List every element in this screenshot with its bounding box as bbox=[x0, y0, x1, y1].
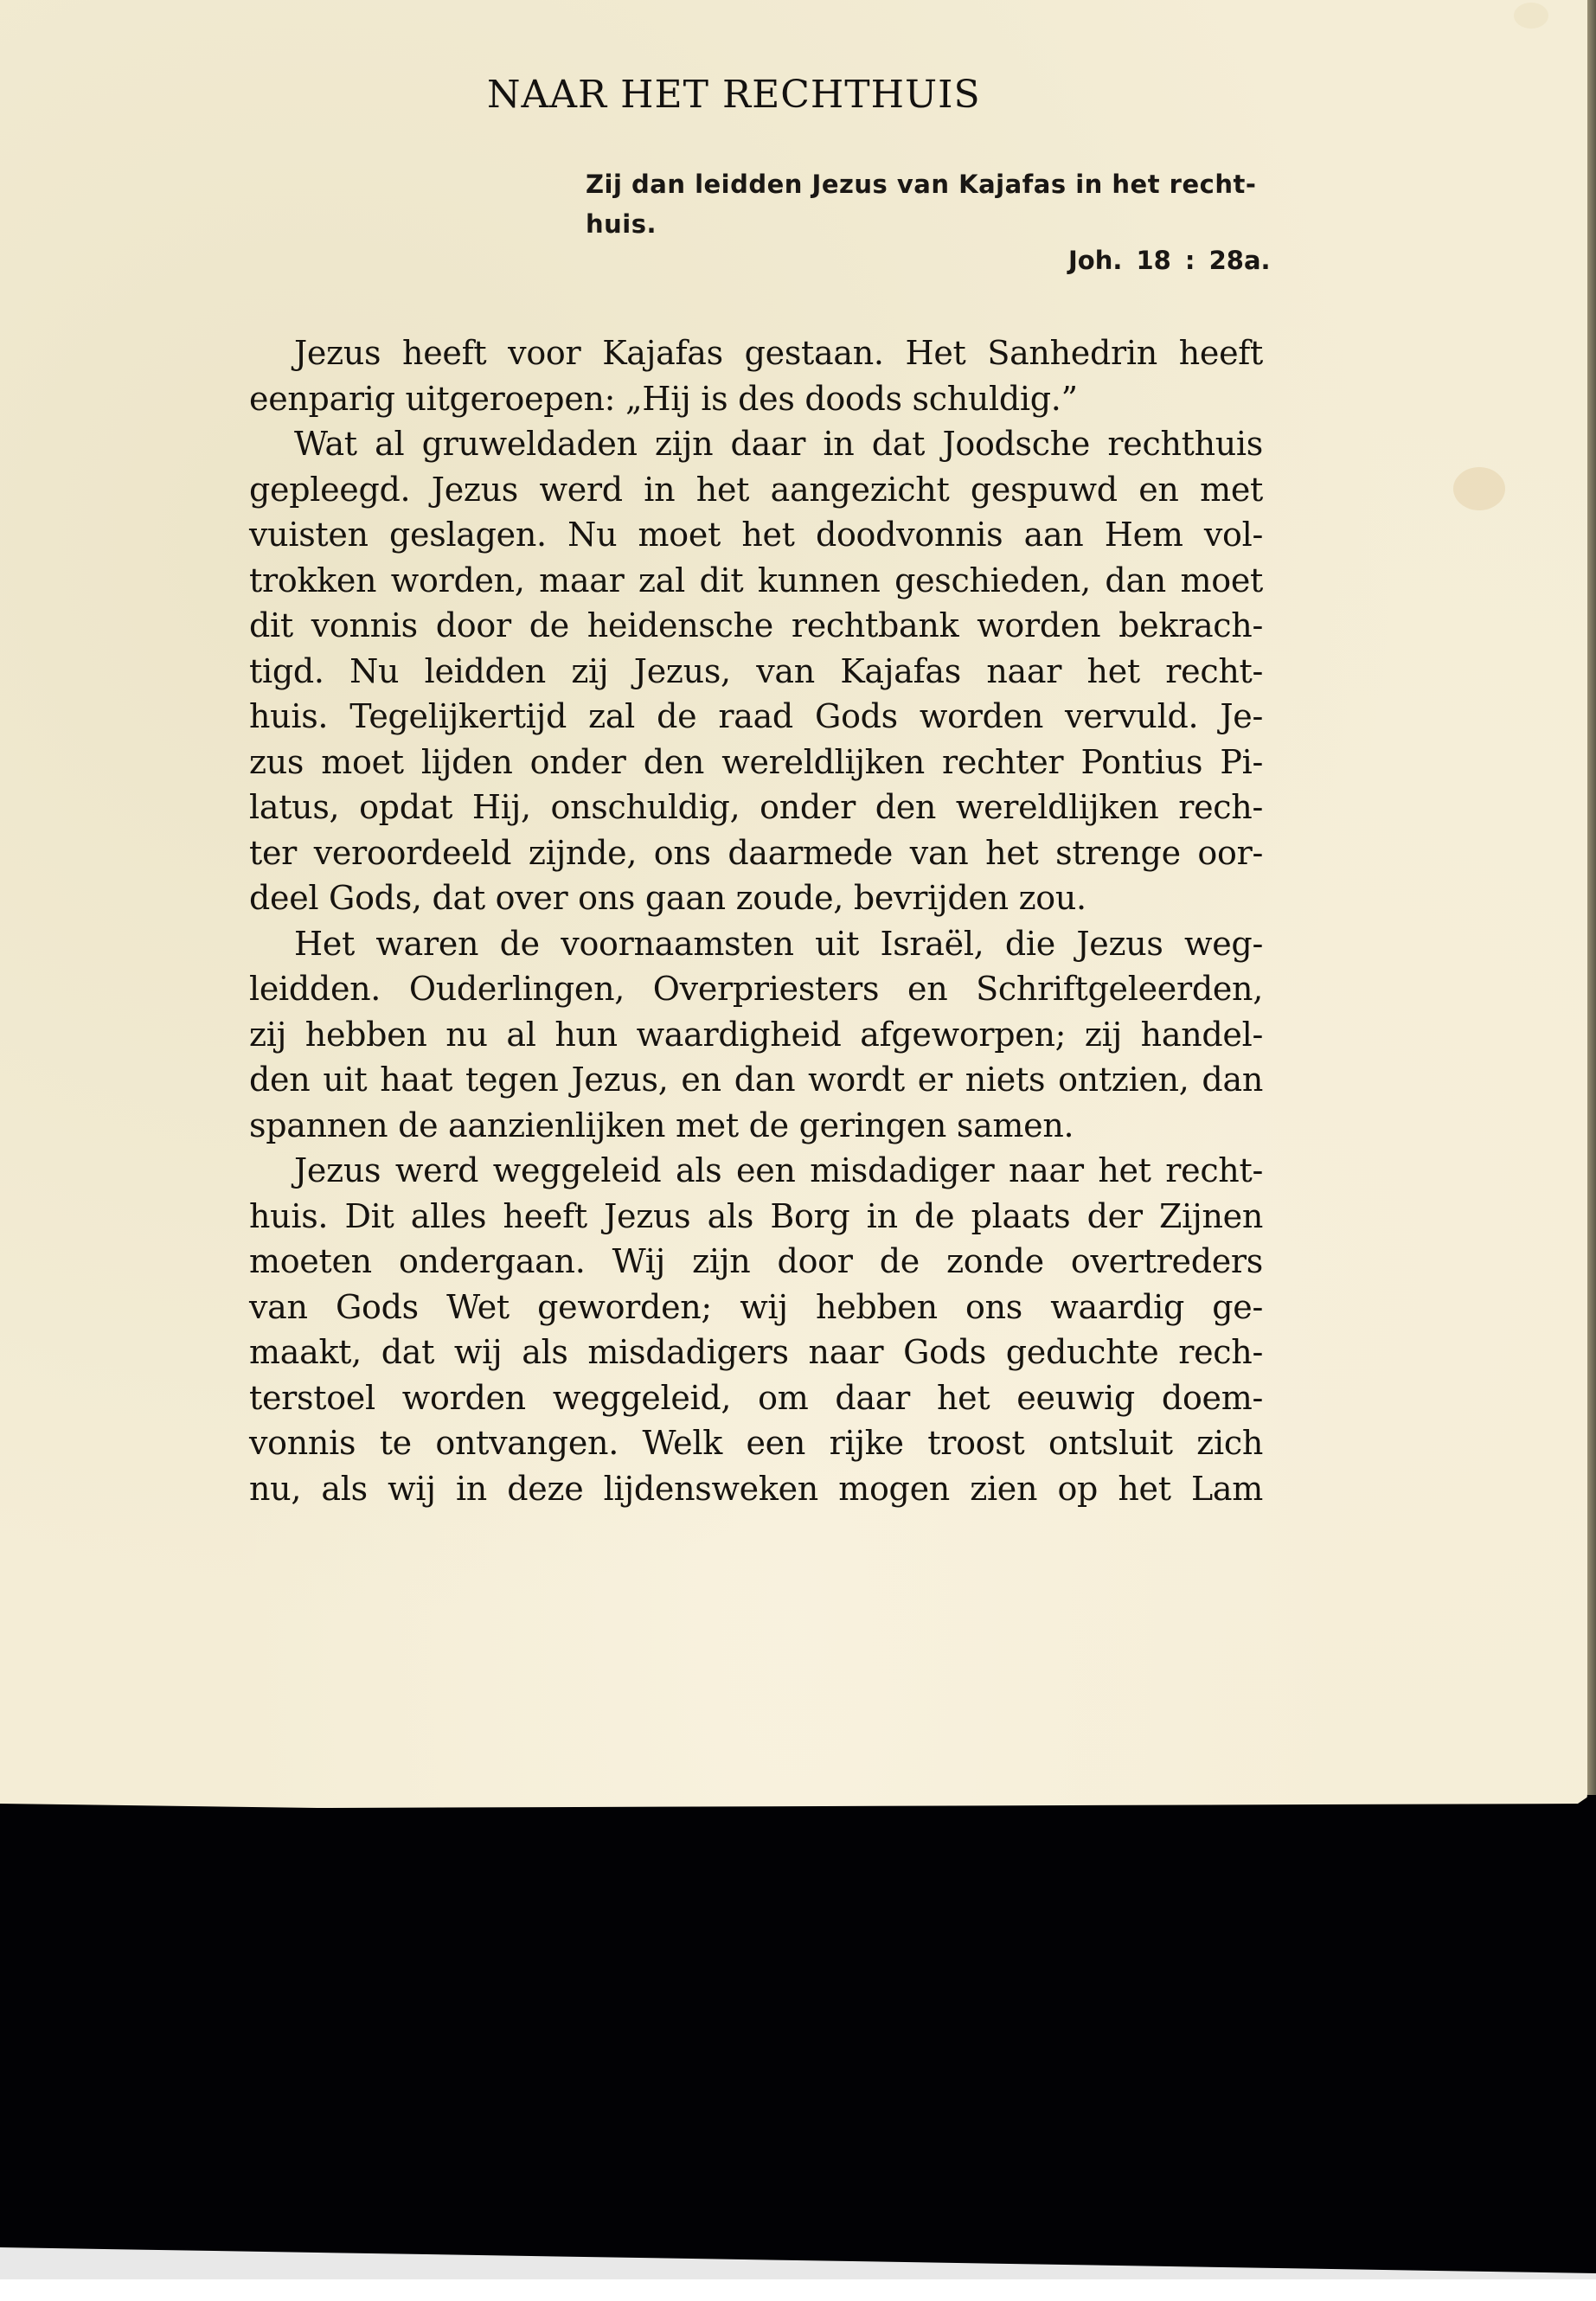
text-line: nu, als wij in deze lijdensweken mogen z… bbox=[249, 1466, 1263, 1512]
text-line: Het waren de voornaamsten uit Israël, di… bbox=[249, 921, 1263, 967]
text-line: ter veroordeeld zijnde, ons daarmede van… bbox=[249, 830, 1263, 876]
paper-stain bbox=[1453, 467, 1505, 510]
paper-stain bbox=[1514, 3, 1548, 29]
page-title: NAAR HET RECHTHUIS bbox=[487, 73, 981, 117]
black-backdrop bbox=[0, 1765, 1596, 2284]
text-line: Jezus werd weggeleid als een misdadiger … bbox=[249, 1148, 1263, 1194]
text-line: moeten ondergaan. Wij zijn door de zonde… bbox=[249, 1239, 1263, 1285]
text-line: Wat al gruweldaden zijn daar in dat Jood… bbox=[249, 421, 1263, 467]
text-line: eenparig uitgeroepen: „Hij is des doods … bbox=[249, 376, 1263, 422]
text-line: leidden. Ouderlingen, Overpriesters en S… bbox=[249, 966, 1263, 1012]
book-page: NAAR HET RECHTHUIS Zij dan leidden Jezus… bbox=[0, 0, 1587, 1808]
text-line: spannen de aanzienlijken met de geringen… bbox=[249, 1103, 1263, 1149]
text-line: Jezus heeft voor Kajafas gestaan. Het Sa… bbox=[249, 330, 1263, 376]
text-line: huis. Tegelijkertijd zal de raad Gods wo… bbox=[249, 694, 1263, 740]
text-line: zij hebben nu al hun waardigheid afgewor… bbox=[249, 1012, 1263, 1058]
text-line: trokken worden, maar zal dit kunnen gesc… bbox=[249, 558, 1263, 604]
text-line: dit vonnis door de heidensche rechtbank … bbox=[249, 603, 1263, 649]
text-line: latus, opdat Hij, onschuldig, onder den … bbox=[249, 785, 1263, 830]
epigraph-line: huis. bbox=[586, 204, 1269, 244]
text-line: maakt, dat wij als misdadigers naar Gods… bbox=[249, 1330, 1263, 1375]
text-line: den uit haat tegen Jezus, en dan wordt e… bbox=[249, 1057, 1263, 1103]
text-line: vuisten geslagen. Nu moet het doodvonnis… bbox=[249, 512, 1263, 558]
text-line: van Gods Wet geworden; wij hebben ons wa… bbox=[249, 1285, 1263, 1330]
body-text: Jezus heeft voor Kajafas gestaan. Het Sa… bbox=[249, 330, 1263, 1511]
binding-edge bbox=[1587, 0, 1596, 1795]
text-line: tigd. Nu leidden zij Jezus, van Kajafas … bbox=[249, 649, 1263, 695]
epigraph-line: Zij dan leidden Jezus van Kajafas in het… bbox=[586, 164, 1269, 204]
text-line: vonnis te ontvangen. Welk een rijke troo… bbox=[249, 1420, 1263, 1466]
epigraph-quote: Zij dan leidden Jezus van Kajafas in het… bbox=[586, 164, 1269, 244]
text-line: huis. Dit alles heeft Jezus als Borg in … bbox=[249, 1194, 1263, 1240]
scripture-reference: Joh. 18 : 28a. bbox=[1068, 246, 1271, 275]
text-line: deel Gods, dat over ons gaan zoude, bevr… bbox=[249, 875, 1263, 921]
text-line: terstoel worden weggeleid, om daar het e… bbox=[249, 1375, 1263, 1421]
text-line: gepleegd. Jezus werd in het aangezicht g… bbox=[249, 467, 1263, 513]
text-line: zus moet lijden onder den wereldlijken r… bbox=[249, 740, 1263, 785]
